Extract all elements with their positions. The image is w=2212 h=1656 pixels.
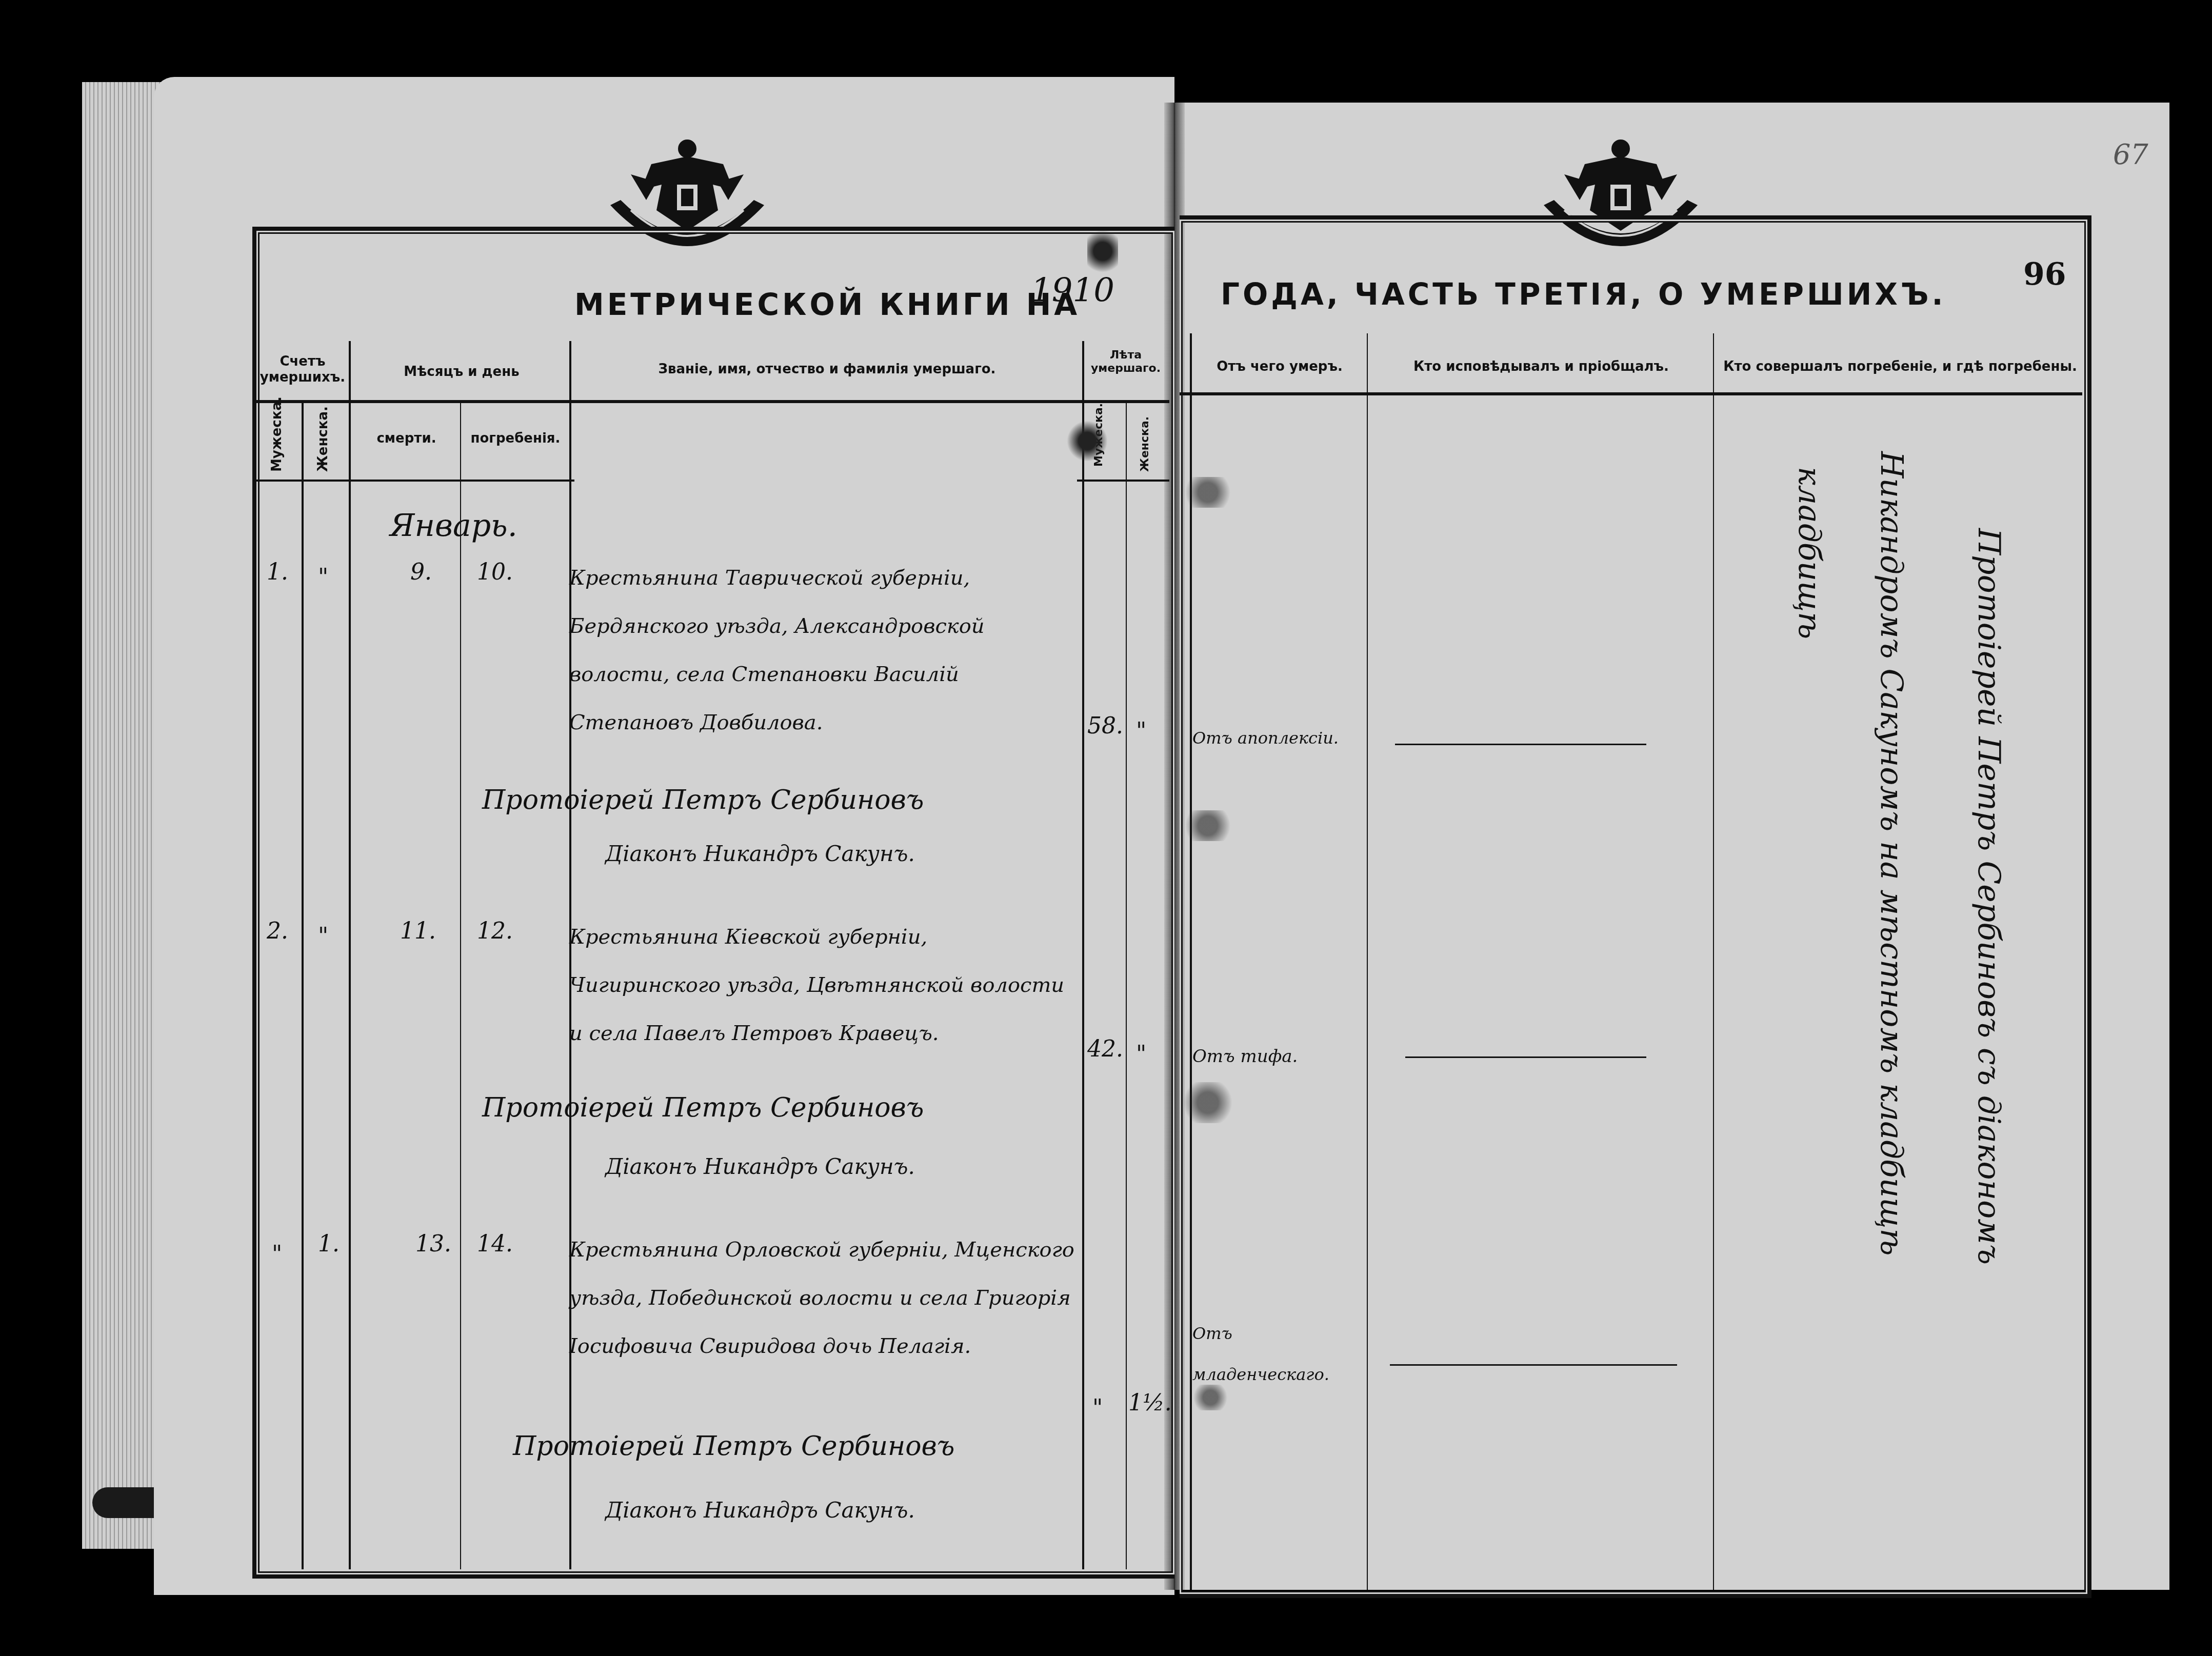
folio-number: 67 bbox=[2113, 138, 2148, 171]
header-of-burial: погребенія. bbox=[462, 431, 569, 447]
entry-1-female-no: " bbox=[318, 564, 328, 590]
entry-2-cause: Отъ тифа. bbox=[1192, 1046, 1298, 1067]
header-of-death: смерти. bbox=[354, 431, 459, 447]
ink-stain bbox=[1180, 1082, 1236, 1123]
entry-3-cause: Отъ младенческаго. bbox=[1192, 1313, 1357, 1395]
entry-3-male-no: " bbox=[272, 1241, 282, 1267]
entry-2-signature-archpriest: Протоіерей Петръ Сербиновъ bbox=[482, 1092, 924, 1123]
entry-2-death-day: 11. bbox=[400, 918, 436, 944]
header-age: Лѣта умершаго. bbox=[1082, 349, 1169, 376]
entry-2-male-no: 2. bbox=[267, 918, 288, 944]
header-male: Мужеска. bbox=[269, 410, 285, 472]
entry-2-confessor-dash bbox=[1405, 1056, 1646, 1058]
ink-stain bbox=[1087, 226, 1118, 277]
entry-2-description: Крестьянина Кіевской губерніи, Чигиринск… bbox=[569, 913, 1082, 1058]
entry-2-female-no: " bbox=[318, 923, 328, 949]
entry-3-burial-day: 14. bbox=[477, 1231, 513, 1257]
entry-1-death-day: 9. bbox=[410, 559, 432, 585]
left-table-frame bbox=[252, 227, 1174, 1579]
burial-note-line-2: Никандромъ Сакуномъ на мѣстномъ кладбищѣ bbox=[1867, 451, 1916, 1255]
entry-3-description: Крестьянина Орловской губерніи, Мценског… bbox=[569, 1226, 1082, 1370]
entry-2-age-female: " bbox=[1136, 1041, 1146, 1067]
ink-stain bbox=[1180, 477, 1236, 508]
entry-3-signature-archpriest: Протоіерей Петръ Сербиновъ bbox=[513, 1431, 955, 1462]
burial-note-line-3: кладбищѣ bbox=[1785, 467, 1834, 639]
ink-stain bbox=[1067, 421, 1108, 462]
entry-1-signature-deacon: Діаконъ Никандръ Сакунъ. bbox=[605, 841, 915, 866]
header-month-and-day: Мѣсяцъ и день bbox=[354, 364, 569, 380]
header-rank-name: Званіе, имя, отчество и фамилія умершаго… bbox=[572, 362, 1082, 377]
ink-stain bbox=[1190, 1385, 1231, 1410]
entry-3-age-male: " bbox=[1092, 1395, 1103, 1421]
burial-note-line-1: Протоіерей Петръ Сербиновъ съ діакономъ bbox=[1964, 528, 2014, 1265]
entry-2-burial-day: 12. bbox=[477, 918, 513, 944]
entry-3-female-no: 1. bbox=[318, 1231, 340, 1257]
month-label: Январь. bbox=[390, 508, 517, 544]
entry-1-cause: Отъ апоплексіи. bbox=[1192, 728, 1339, 748]
header-age-female: Женска. bbox=[1139, 410, 1151, 472]
entry-1-confessor-dash bbox=[1395, 744, 1646, 745]
entry-1-description: Крестьянина Таврической губерніи, Бердян… bbox=[569, 554, 1082, 747]
header-female: Женска. bbox=[315, 410, 331, 472]
entry-3-death-day: 13. bbox=[415, 1231, 451, 1257]
header-confessor: Кто исповѣдывалъ и пріобщалъ. bbox=[1369, 359, 1713, 375]
entry-1-male-no: 1. bbox=[267, 559, 288, 585]
header-count-of-deceased: Счетъ умершихъ. bbox=[256, 354, 349, 386]
entry-3-confessor-dash bbox=[1390, 1364, 1677, 1366]
entry-1-burial-day: 10. bbox=[477, 559, 513, 585]
header-cause: Отъ чего умеръ. bbox=[1195, 359, 1364, 375]
entry-3-age-female: 1½. bbox=[1128, 1390, 1172, 1416]
entry-1-signature-archpriest: Протоіерей Петръ Сербиновъ bbox=[482, 785, 924, 815]
entry-2-signature-deacon: Діаконъ Никандръ Сакунъ. bbox=[605, 1154, 915, 1179]
entry-1-age-male: 58. bbox=[1087, 713, 1123, 739]
entry-3-signature-deacon: Діаконъ Никандръ Сакунъ. bbox=[605, 1498, 915, 1523]
entry-1-age-female: " bbox=[1136, 718, 1146, 744]
header-burial-by-where: Кто совершалъ погребеніе, и гдѣ погребен… bbox=[1716, 359, 2085, 375]
ink-stain bbox=[1180, 810, 1236, 841]
register-spread: МЕТРИЧЕСКОЙ КНИГИ НА 1910 ГОДА, ЧАСТЬ ТР… bbox=[0, 0, 2212, 1656]
entry-2-age-male: 42. bbox=[1087, 1036, 1123, 1062]
